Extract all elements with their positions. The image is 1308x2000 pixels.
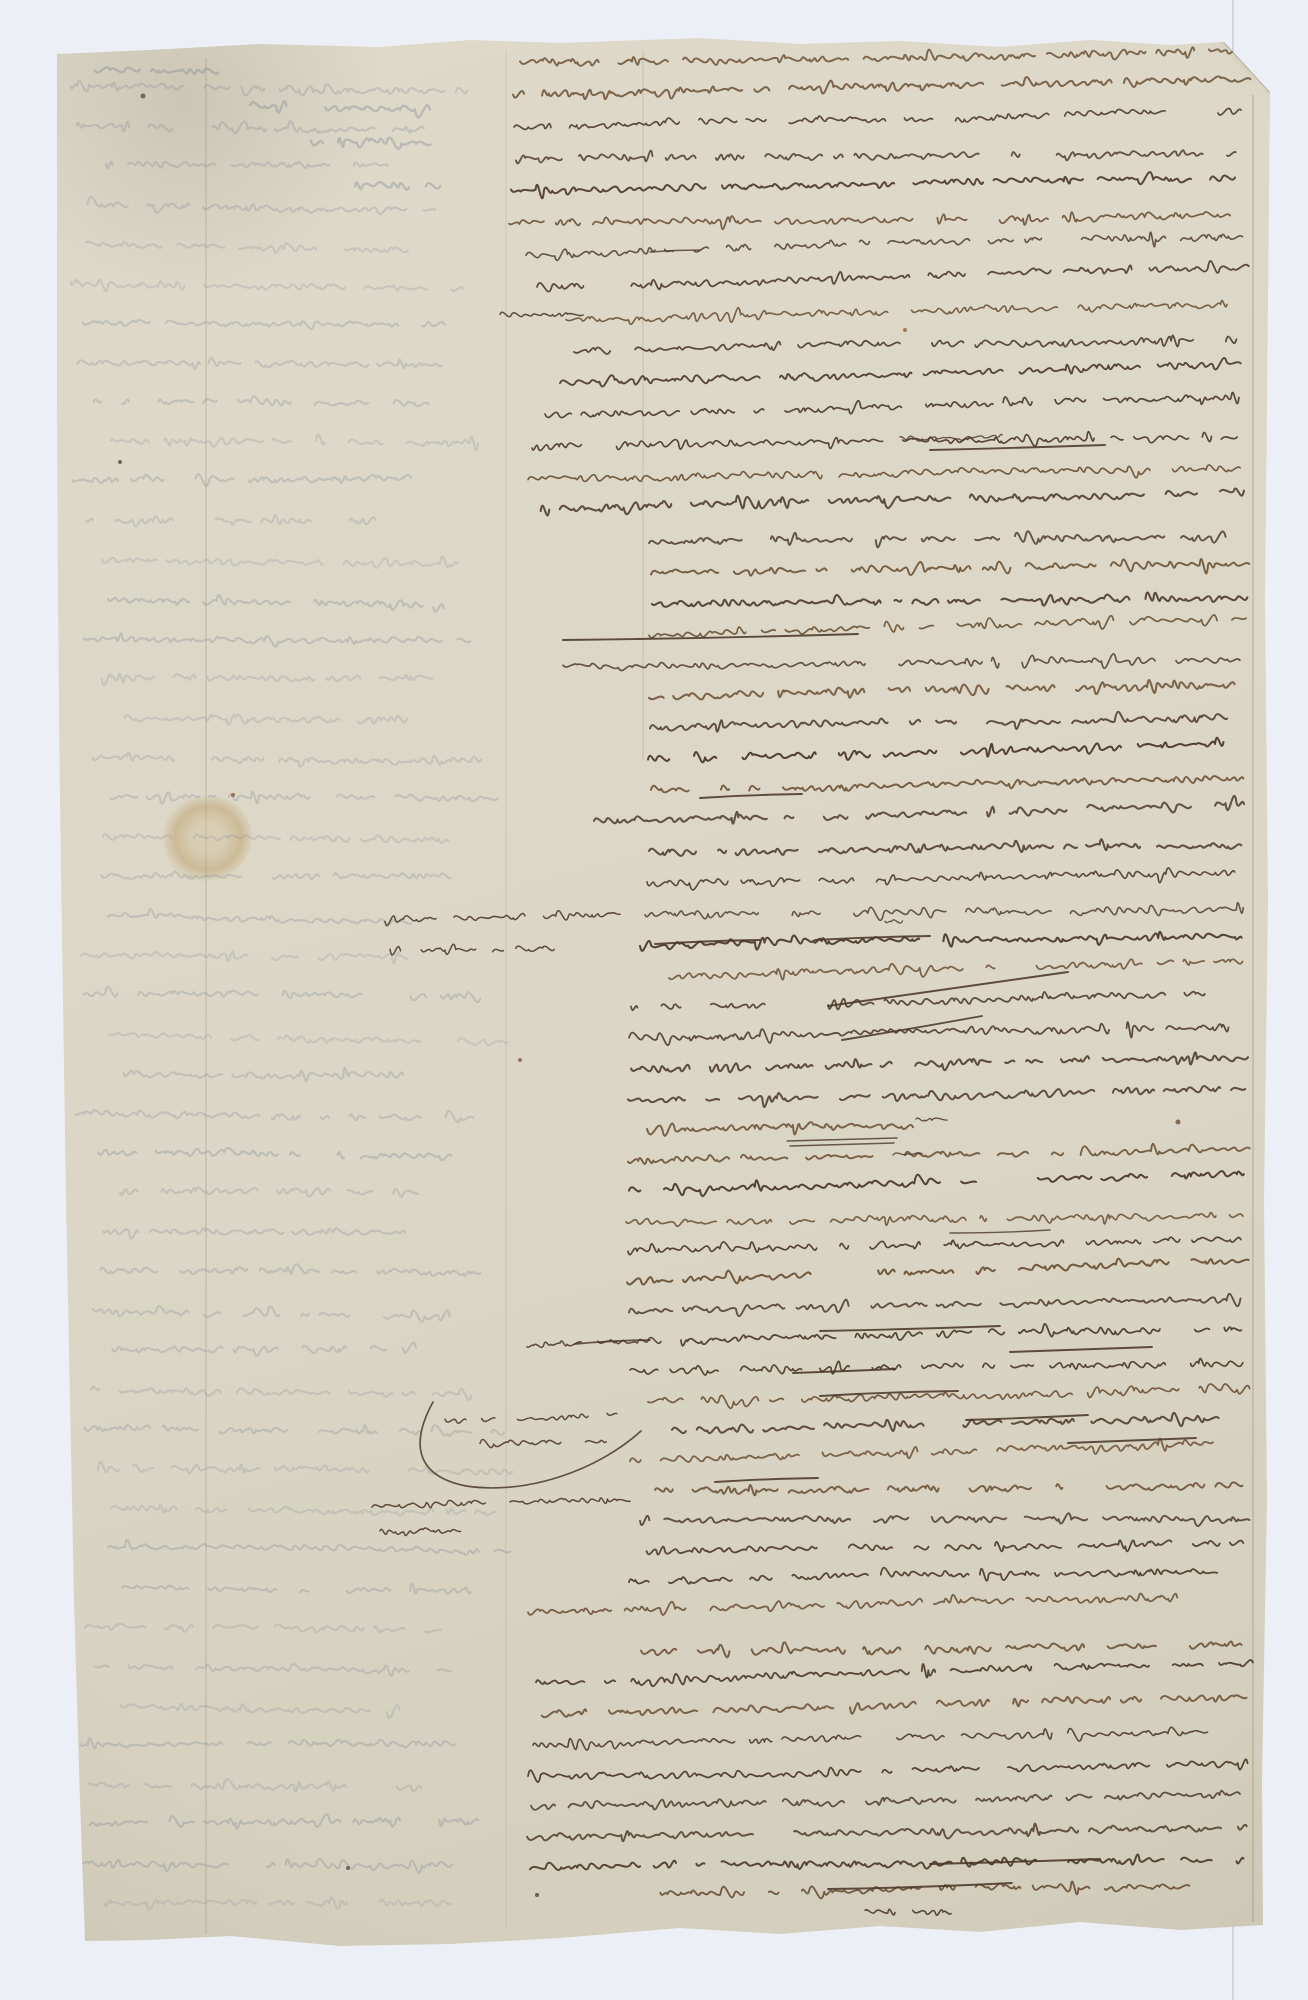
handwritten-line xyxy=(628,1237,1241,1254)
handwritten-line xyxy=(649,839,1241,856)
foxing-speckle xyxy=(118,460,122,464)
bleedthrough-line xyxy=(75,1859,452,1873)
handwritten-line xyxy=(545,393,1239,418)
bleedthrough-line xyxy=(86,515,402,527)
handwritten-line xyxy=(649,680,1235,699)
bleedthrough-line xyxy=(124,1068,404,1082)
bleedthrough-line xyxy=(103,1228,405,1238)
handwritten-line xyxy=(630,1359,1243,1375)
handwritten-line xyxy=(520,47,1252,65)
bleedthrough-accent xyxy=(311,138,430,149)
handwritten-line xyxy=(649,615,1246,638)
handwritten-line xyxy=(651,559,1249,576)
handwritten-line xyxy=(528,1594,1177,1615)
bleedthrough-text-layer xyxy=(71,67,512,1909)
handwriting-layer xyxy=(0,0,1308,2000)
underline-stroke xyxy=(787,1138,897,1141)
handwritten-line xyxy=(647,1540,1244,1554)
handwritten-line xyxy=(651,776,1243,792)
bleedthrough-accent xyxy=(95,67,219,74)
bleedthrough-line xyxy=(105,1897,451,1909)
handwritten-line xyxy=(528,465,1240,482)
handwritten-line xyxy=(672,1413,1219,1433)
handwritten-line xyxy=(574,335,1236,354)
strikethrough-stroke xyxy=(1068,1438,1196,1443)
bleedthrough-line xyxy=(88,197,435,214)
margin-note-stroke xyxy=(445,1413,617,1423)
foxing-speckle xyxy=(231,793,235,797)
bleedthrough-line xyxy=(102,673,433,685)
manuscript-page xyxy=(0,0,1308,2000)
bleedthrough-line xyxy=(108,909,411,924)
bleedthrough-line xyxy=(108,595,444,612)
bleedthrough-line xyxy=(85,1425,505,1436)
strikethrough-stroke xyxy=(966,1415,1088,1420)
handwritten-line xyxy=(655,1482,1242,1495)
bleedthrough-line xyxy=(98,1462,512,1474)
handwritten-line xyxy=(516,150,1236,163)
foxing-speckle xyxy=(535,1893,539,1897)
bleedthrough-line xyxy=(109,1033,508,1045)
handwritten-line xyxy=(648,1384,1250,1408)
strikethrough-stroke xyxy=(715,1478,818,1482)
margin-note-stroke xyxy=(500,312,583,316)
bleedthrough-line xyxy=(102,556,458,568)
bleedthrough-line xyxy=(125,715,407,725)
margin-note-stroke xyxy=(390,944,554,955)
handwritten-line xyxy=(513,76,1250,99)
manuscript-scan: { "document": { "kind": "scanned handwri… xyxy=(0,0,1308,2000)
bleedthrough-line xyxy=(93,753,481,767)
handwritten-line xyxy=(630,1438,1236,1462)
correction-word xyxy=(865,1909,951,1915)
bleedthrough-line xyxy=(106,162,387,168)
handwritten-line xyxy=(511,172,1235,198)
bleedthrough-line xyxy=(111,792,498,804)
handwritten-line xyxy=(530,1855,1244,1871)
bleedthrough-line xyxy=(90,1814,478,1828)
insertion-mark xyxy=(885,920,903,923)
bleedthrough-line xyxy=(75,1110,473,1122)
handwritten-line xyxy=(531,1791,1240,1810)
handwritten-line xyxy=(566,301,1227,325)
foxing-speckle xyxy=(346,1866,350,1870)
bleedthrough-line xyxy=(111,435,478,451)
strikethrough-stroke xyxy=(563,634,858,640)
foxing-speckle xyxy=(1176,1120,1181,1125)
bleedthrough-line xyxy=(99,1148,452,1160)
handwritten-line xyxy=(645,903,1243,921)
margin-note-stroke xyxy=(372,1498,630,1508)
handwritten-line xyxy=(628,1086,1245,1107)
handwritten-line xyxy=(629,1568,1217,1584)
handwritten-line xyxy=(542,1695,1247,1717)
handwritten-line xyxy=(627,1259,1249,1285)
strikethrough-stroke xyxy=(930,445,1105,450)
handwritten-line xyxy=(629,1294,1241,1316)
handwritten-line xyxy=(541,489,1244,516)
handwritten-line xyxy=(533,1727,1232,1750)
foxing-speckle xyxy=(141,94,146,99)
handwritten-line xyxy=(509,212,1230,229)
bleedthrough-accent xyxy=(250,101,430,117)
bleedthrough-line xyxy=(103,834,449,843)
strikethrough-stroke xyxy=(700,794,802,798)
handwritten-line xyxy=(647,868,1235,890)
bleedthrough-line xyxy=(94,396,429,406)
handwritten-line xyxy=(626,1213,1243,1227)
handwritten-line xyxy=(640,1513,1249,1526)
handwritten-line xyxy=(526,232,1242,260)
handwritten-line xyxy=(641,1641,1242,1657)
bleedthrough-line xyxy=(77,121,424,133)
handwritten-line xyxy=(532,432,1237,451)
margin-note-strikethrough xyxy=(575,1340,650,1344)
handwritten-line xyxy=(652,593,1247,607)
handwritten-line xyxy=(528,1759,1248,1782)
handwritten-line xyxy=(631,992,1224,1011)
bleedthrough-line xyxy=(80,1738,455,1748)
insertion-mark xyxy=(916,1118,947,1121)
bleedthrough-line xyxy=(101,1264,481,1276)
bleedthrough-line xyxy=(101,872,450,880)
margin-note-stroke xyxy=(385,911,620,926)
handwritten-line xyxy=(629,1171,1244,1196)
bleedthrough-line xyxy=(95,1664,451,1676)
handwritten-line xyxy=(649,531,1226,547)
handwritten-line xyxy=(537,261,1249,292)
bleedthrough-line xyxy=(112,1343,416,1356)
bleedthrough-line xyxy=(71,81,468,96)
handwritten-line xyxy=(669,959,1243,979)
margin-note-stroke xyxy=(480,1439,606,1447)
bleedthrough-line xyxy=(85,1624,440,1633)
bleedthrough-line xyxy=(71,280,464,291)
handwritten-line xyxy=(650,712,1227,732)
bleedthrough-line xyxy=(88,1779,421,1792)
margin-note-stroke xyxy=(380,1528,461,1535)
handwritten-line xyxy=(648,738,1224,762)
folded-corner-crease xyxy=(1224,42,1270,92)
handwritten-line xyxy=(660,1882,1189,1899)
bleedthrough-accent xyxy=(355,182,440,190)
bleedthrough-line xyxy=(81,952,408,963)
handwritten-line xyxy=(527,1824,1247,1842)
strikethrough-stroke xyxy=(820,1326,1000,1331)
underline-stroke xyxy=(790,1143,894,1146)
bleedthrough-line xyxy=(120,1187,418,1196)
bleedthrough-line xyxy=(84,987,481,1002)
bleedthrough-line xyxy=(108,1540,510,1555)
foxing-speckle xyxy=(903,328,907,332)
bleedthrough-line xyxy=(122,1584,471,1594)
handwritten-line xyxy=(563,654,1240,671)
bleedthrough-line xyxy=(83,320,445,329)
bleedthrough-line xyxy=(73,474,412,486)
main-handwriting-layer xyxy=(509,47,1253,1898)
handwritten-line xyxy=(560,358,1241,386)
underline-stroke xyxy=(650,250,700,252)
bleedthrough-line xyxy=(77,357,441,369)
underline-stroke xyxy=(950,1230,1050,1233)
handwritten-line xyxy=(628,1144,1250,1164)
handwritten-line xyxy=(631,1052,1248,1072)
handwritten-line xyxy=(514,108,1241,129)
handwritten-line xyxy=(594,796,1244,824)
handwritten-line xyxy=(536,1660,1253,1686)
foxing-speckle xyxy=(518,1058,522,1062)
bleedthrough-line xyxy=(93,1306,450,1322)
strikethrough-stroke xyxy=(842,1016,982,1040)
bleedthrough-line xyxy=(84,633,481,646)
bleedthrough-line xyxy=(86,242,408,253)
strikethrough-stroke xyxy=(1010,1347,1152,1352)
bleedthrough-line xyxy=(111,1505,495,1516)
bleedthrough-line xyxy=(120,1704,399,1718)
handwritten-line xyxy=(647,1122,913,1136)
bleedthrough-line xyxy=(91,1387,471,1400)
